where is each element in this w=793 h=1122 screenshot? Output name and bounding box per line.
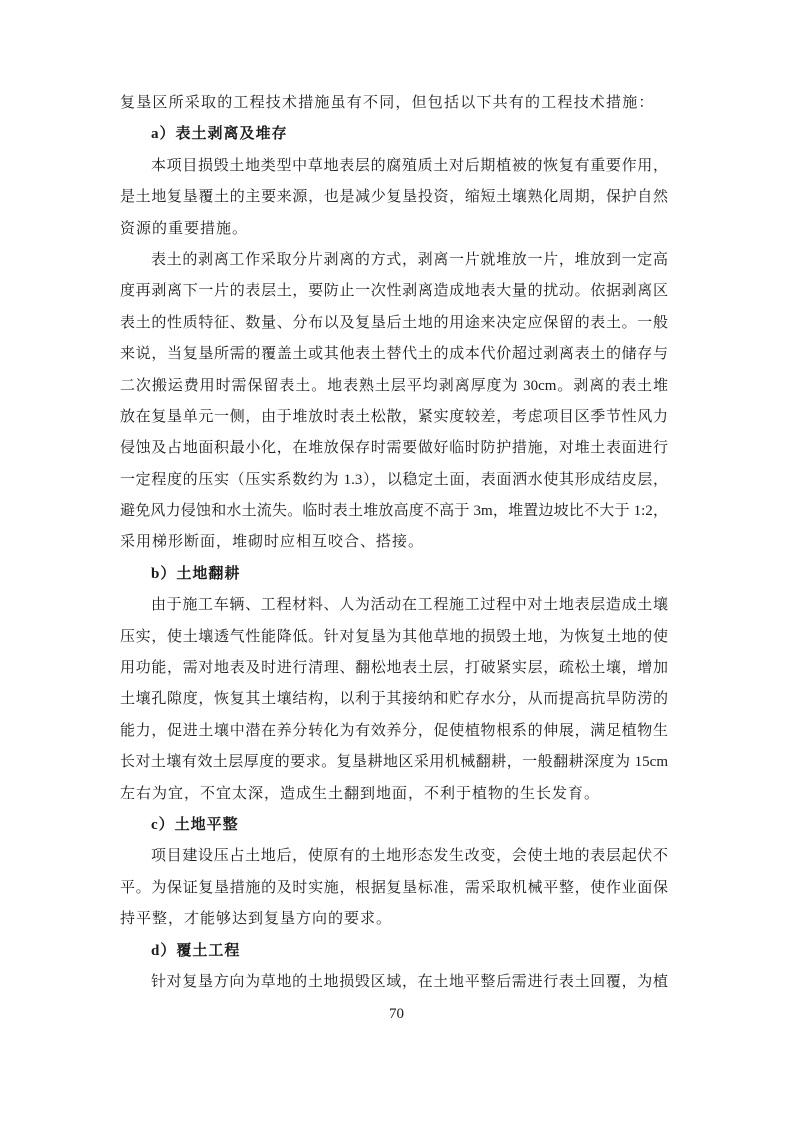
text-line: 本项目损毁土地类型中草地表层的腐殖质土对后期植被的恢复有重要作用， bbox=[120, 151, 668, 182]
text-line: 放在复垦单元一侧，由于堆放时表土松散，紧实度较差，考虑项目区季节性风力 bbox=[120, 402, 668, 433]
text-line: 资源的重要措施。 bbox=[120, 214, 668, 245]
document-page: 复垦区所采取的工程技术措施虽有不同，但包括以下共有的工程技术措施：a）表土剥离及… bbox=[0, 0, 793, 1122]
text-line: 二次搬运费用时需保留表土。地表熟土层平均剥离厚度为 30cm。剥离的表土堆 bbox=[120, 371, 668, 402]
section-heading: b）土地翻耕 bbox=[120, 559, 668, 590]
text-line: 长对土壤有效土层厚度的要求。复垦耕地区采用机械翻耕，一般翻耕深度为 15cm bbox=[120, 747, 668, 778]
text-line: 项目建设压占土地后，使原有的土地形态发生改变，会使土地的表层起伏不 bbox=[120, 841, 668, 872]
text-line: 避免风力侵蚀和水土流失。临时表土堆放高度不高于 3m，堆置边坡比不大于 1:2， bbox=[120, 496, 668, 527]
text-line: 左右为宜，不宜太深，造成生土翻到地面，不利于植物的生长发育。 bbox=[120, 779, 668, 810]
text-line: 用功能，需对地表及时进行清理、翻松地表土层，打破紧实层，疏松土壤，增加 bbox=[120, 653, 668, 684]
text-line: 压实，使土壤透气性能降低。针对复垦为其他草地的损毁土地，为恢复土地的使 bbox=[120, 622, 668, 653]
section-heading: c）土地平整 bbox=[120, 810, 668, 841]
text-line: 侵蚀及占地面积最小化，在堆放保存时需要做好临时防护措施，对堆土表面进行 bbox=[120, 433, 668, 464]
text-line: 是土地复垦覆土的主要来源，也是减少复垦投资，缩短土壤熟化周期，保护自然 bbox=[120, 182, 668, 213]
page-number: 70 bbox=[0, 1002, 793, 1026]
text-line: 土壤孔隙度，恢复其土壤结构，以利于其接纳和贮存水分，从而提高抗旱防涝的 bbox=[120, 684, 668, 715]
text-line: 度再剥离下一片的表层土，要防止一次性剥离造成地表大量的扰动。依据剥离区 bbox=[120, 276, 668, 307]
text-line: 能力，促进土壤中潜在养分转化为有效养分，促使植物根系的伸展，满足植物生 bbox=[120, 716, 668, 747]
text-line: 复垦区所采取的工程技术措施虽有不同，但包括以下共有的工程技术措施： bbox=[120, 88, 668, 119]
text-line: 来说，当复垦所需的覆盖土或其他表土替代土的成本代价超过剥离表土的储存与 bbox=[120, 339, 668, 370]
text-line: 持平整，才能够达到复垦方向的要求。 bbox=[120, 904, 668, 935]
section-heading: a）表土剥离及堆存 bbox=[120, 119, 668, 150]
text-line: 针对复垦方向为草地的土地损毁区域，在土地平整后需进行表土回覆，为植 bbox=[120, 967, 668, 998]
text-line: 由于施工车辆、工程材料、人为活动在工程施工过程中对土地表层造成土壤 bbox=[120, 590, 668, 621]
text-line: 一定程度的压实（压实系数约为 1.3），以稳定土面，表面洒水使其形成结皮层， bbox=[120, 465, 668, 496]
section-heading: d）覆土工程 bbox=[120, 936, 668, 967]
text-line: 采用梯形断面，堆砌时应相互咬合、搭接。 bbox=[120, 527, 668, 558]
text-line: 表土的剥离工作采取分片剥离的方式，剥离一片就堆放一片，堆放到一定高 bbox=[120, 245, 668, 276]
text-line: 平。为保证复垦措施的及时实施，根据复垦标准，需采取机械平整，使作业面保 bbox=[120, 873, 668, 904]
text-line: 表土的性质特征、数量、分布以及复垦后土地的用途来决定应保留的表土。一般 bbox=[120, 308, 668, 339]
page-content: 复垦区所采取的工程技术措施虽有不同，但包括以下共有的工程技术措施：a）表土剥离及… bbox=[120, 88, 668, 998]
